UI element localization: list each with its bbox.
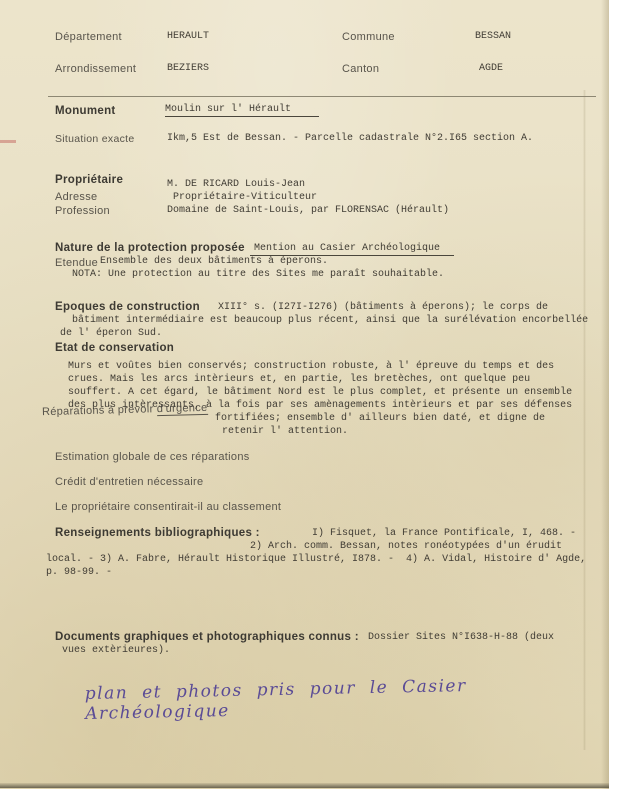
departement-value: HERAULT (167, 31, 209, 42)
nota-line: NOTA: Une protection au titre des Sites … (72, 269, 444, 280)
protection-label: Nature de la protection proposée (55, 242, 245, 254)
bibliographie-label: Renseignements bibliographiques : (55, 527, 260, 539)
paper-sheet: Département HERAULT Commune BESSAN Arron… (0, 0, 609, 789)
section-divider-line (48, 96, 596, 97)
epoques-line-2: bâtiment intermédiaire est beaucoup plus… (72, 315, 588, 326)
conservation-label: Etat de conservation (55, 342, 174, 354)
proprietaire-line3: Domaine de Saint-Louis, par FLORENSAC (H… (167, 205, 449, 216)
scanned-document: Département HERAULT Commune BESSAN Arron… (0, 0, 617, 800)
situation-value: Ikm,5 Est de Bessan. - Parcelle cadastra… (167, 133, 533, 144)
arrondissement-label: Arrondissement (55, 63, 136, 75)
monument-label: Monument (55, 105, 116, 117)
paper-bottom-edge-shadow (0, 783, 609, 788)
paper-right-shadow (601, 0, 609, 789)
epoques-line-1: XIII° s. (I27I-I276) (bâtiments à éperon… (218, 302, 548, 313)
adresse-label: Adresse (55, 191, 97, 203)
bibliographie-line-3: local. - 3) A. Fabre, Hérault Historique… (46, 554, 586, 565)
commune-value: BESSAN (475, 31, 511, 42)
proprietaire-label: Propriétaire (55, 174, 123, 186)
epoques-label: Epoques de construction (55, 301, 200, 313)
conservation-line-4: des plus intèressants, à la fois par ses… (68, 400, 572, 411)
margin-pink-mark (0, 140, 16, 143)
departement-label: Département (55, 31, 122, 43)
paper-crease (583, 90, 586, 750)
conservation-line-1: Murs et voûtes bien conservés; construct… (68, 361, 554, 372)
arrondissement-value: BEZIERS (167, 63, 209, 74)
bibliographie-line-4: p. 98-99. - (46, 567, 112, 578)
classement-label: Le propriétaire consentirait-il au class… (55, 501, 281, 513)
etendue-value: Ensemble des deux bâtiments à éperons. (100, 256, 328, 267)
handwritten-note: plan et photos pris pour le Casier Arché… (85, 673, 610, 724)
bibliographie-line-2: 2) Arch. comm. Bessan, notes ronéotypées… (250, 541, 562, 552)
situation-label: Situation exacte (55, 133, 135, 145)
proprietaire-name: M. DE RICARD Louis-Jean (167, 179, 305, 190)
epoques-line-3: de l' éperon Sud. (60, 328, 162, 339)
conservation-line-5: fortifiées; ensemble d' ailleurs bien da… (215, 413, 545, 424)
canton-label: Canton (342, 63, 379, 75)
profession-label: Profession (55, 205, 110, 217)
proprietaire-line2: Propriétaire-Viticulteur (173, 192, 317, 203)
etendue-label: Etendue (55, 257, 98, 269)
documents-label: Documents graphiques et photographiques … (55, 631, 359, 643)
monument-value: Moulin sur l' Hérault (165, 104, 319, 117)
canton-value: AGDE (479, 63, 503, 74)
conservation-line-6: retenir l' attention. (222, 426, 348, 437)
conservation-line-2: crues. Mais les arcs intèrieurs et, en p… (68, 374, 530, 385)
documents-line-1: Dossier Sites N°I638-H-88 (deux (368, 632, 554, 643)
commune-label: Commune (342, 31, 395, 43)
conservation-line-3: souffert. A cet égard, le bâtiment Nord … (68, 387, 572, 398)
estimation-label: Estimation globale de ces réparations (55, 451, 250, 463)
protection-value: Mention au Casier Archéologique (250, 243, 454, 256)
bibliographie-line-1: I) Fisquet, la France Pontificale, I, 46… (312, 528, 576, 539)
credit-label: Crédit d'entretien nécessaire (55, 476, 203, 488)
documents-line-2: vues extèrieures). (62, 645, 170, 656)
